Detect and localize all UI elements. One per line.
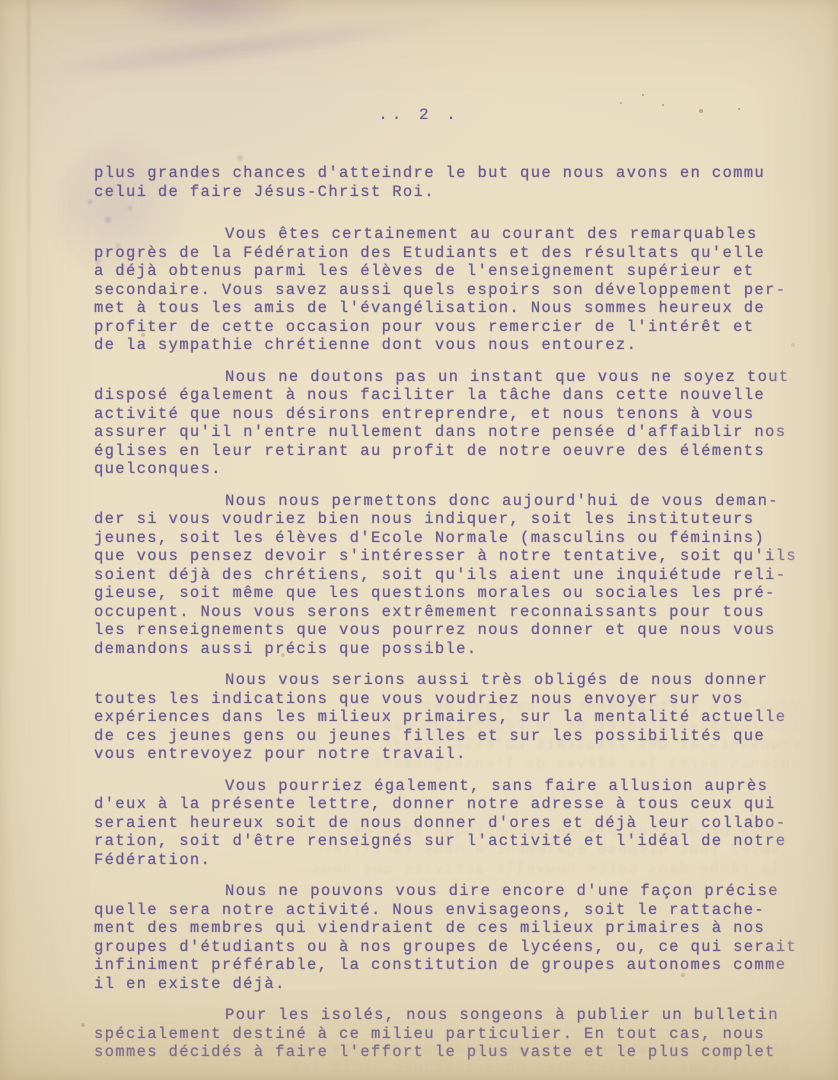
paragraph: Nous ne doutons pas un instant que vous …: [94, 368, 806, 479]
text-line: vous entrevoyez pour notre travail.: [94, 745, 806, 764]
text-line: quelle sera notre activité. Nous envisag…: [94, 901, 806, 920]
text-line: progrès de la Fédération des Etudiants e…: [94, 244, 806, 263]
text-line: Vous pourriez également, sans faire allu…: [94, 777, 806, 796]
text-line: églises en leur retirant au profit de no…: [94, 442, 806, 461]
paragraph: Pour les isolés, nous songeons à publier…: [94, 1006, 806, 1062]
text-line: de la sympathie chrétienne dont vous nou…: [94, 336, 806, 355]
text-line: der si vous voudriez bien nous indiquer,…: [94, 510, 806, 529]
text-line: Pour les isolés, nous songeons à publier…: [94, 1006, 806, 1025]
text-line: occupent. Nous vous serons extrêmement r…: [94, 603, 806, 622]
text-line: il en existe déjà.: [94, 975, 806, 994]
text-line: jeunes, soit les élèves d'Ecole Normale …: [94, 529, 806, 548]
text-line: celui de faire Jésus-Christ Roi.: [94, 183, 806, 202]
text-line: Fédération.: [94, 851, 806, 870]
paragraph: Vous pourriez également, sans faire allu…: [94, 777, 806, 870]
text-line: activité que nous désirons entreprendre,…: [94, 405, 806, 424]
text-line: Vous êtes certainement au courant des re…: [94, 225, 806, 244]
text-line: que vous pensez devoir s'intéresser à no…: [94, 547, 806, 566]
ink-smudge: [22, 9, 443, 90]
text-line: spécialement destiné à ce milieu particu…: [94, 1025, 806, 1044]
text-line: quelconques.: [94, 460, 806, 479]
scanned-letter-page: Vous êtes certainement au courant des re…: [0, 0, 838, 1080]
text-line: assurer qu'il n'entre nullement dans not…: [94, 423, 806, 442]
text-line: soient déjà des chrétiens, soit qu'ils a…: [94, 566, 806, 585]
text-line: d'eux à la présente lettre, donner notre…: [94, 795, 806, 814]
text-line: demandons aussi précis que possible.: [94, 640, 806, 659]
paragraph: Nous vous serions aussi très obligés de …: [94, 671, 806, 764]
text-block: plus grandes chances d'atteindre le but …: [94, 164, 806, 1075]
ink-smudge: [120, 0, 305, 34]
paragraph: Nous nous permettons donc aujourd'hui de…: [94, 492, 806, 659]
paragraph: Vous êtes certainement au courant des re…: [94, 225, 806, 355]
paper-specks: [642, 94, 644, 96]
text-line: Nous vous serions aussi très obligés de …: [94, 671, 806, 690]
ink-smudge: [88, 200, 92, 204]
text-line: ment des membres qui viendraient de ces …: [94, 919, 806, 938]
text-line: expériences dans les milieux primaires, …: [94, 708, 806, 727]
text-line: plus grandes chances d'atteindre le but …: [94, 164, 806, 183]
text-line: disposé également à nous faciliter la tâ…: [94, 386, 806, 405]
text-line: toutes les indications que vous voudriez…: [94, 690, 806, 709]
text-line: Nous ne pouvons vous dire encore d'une f…: [94, 882, 806, 901]
text-line: seraient heureux soit de nous donner d'o…: [94, 814, 806, 833]
text-line: secondaire. Vous savez aussi quels espoi…: [94, 281, 806, 300]
paragraph: Nous ne pouvons vous dire encore d'une f…: [94, 882, 806, 993]
text-line: a déjà obtenus parmi les élèves de l'ens…: [94, 262, 806, 281]
text-line: Nous nous permettons donc aujourd'hui de…: [94, 492, 806, 511]
text-line: profiter de cette occasion pour vous rem…: [94, 318, 806, 337]
text-line: groupes d'étudiants ou à nos groupes de …: [94, 938, 806, 957]
text-line: les renseignements que vous pourrez nous…: [94, 621, 806, 640]
text-line: gieuse, soit même que les questions mora…: [94, 584, 806, 603]
paragraph: plus grandes chances d'atteindre le but …: [94, 164, 806, 201]
text-line: infiniment préférable, la constitution d…: [94, 956, 806, 975]
text-line: ration, soit d'être renseignés sur l'act…: [94, 832, 806, 851]
page-number: .. 2 .: [0, 106, 838, 124]
text-line: Nous ne doutons pas un instant que vous …: [94, 368, 806, 387]
text-line: de ces jeunes gens ou jeunes filles et s…: [94, 727, 806, 746]
paper-crease: [27, 0, 30, 420]
text-line: sommes décidés à faire l'effort le plus …: [94, 1043, 806, 1062]
text-line: met à tous les amis de l'évangélisation.…: [94, 299, 806, 318]
